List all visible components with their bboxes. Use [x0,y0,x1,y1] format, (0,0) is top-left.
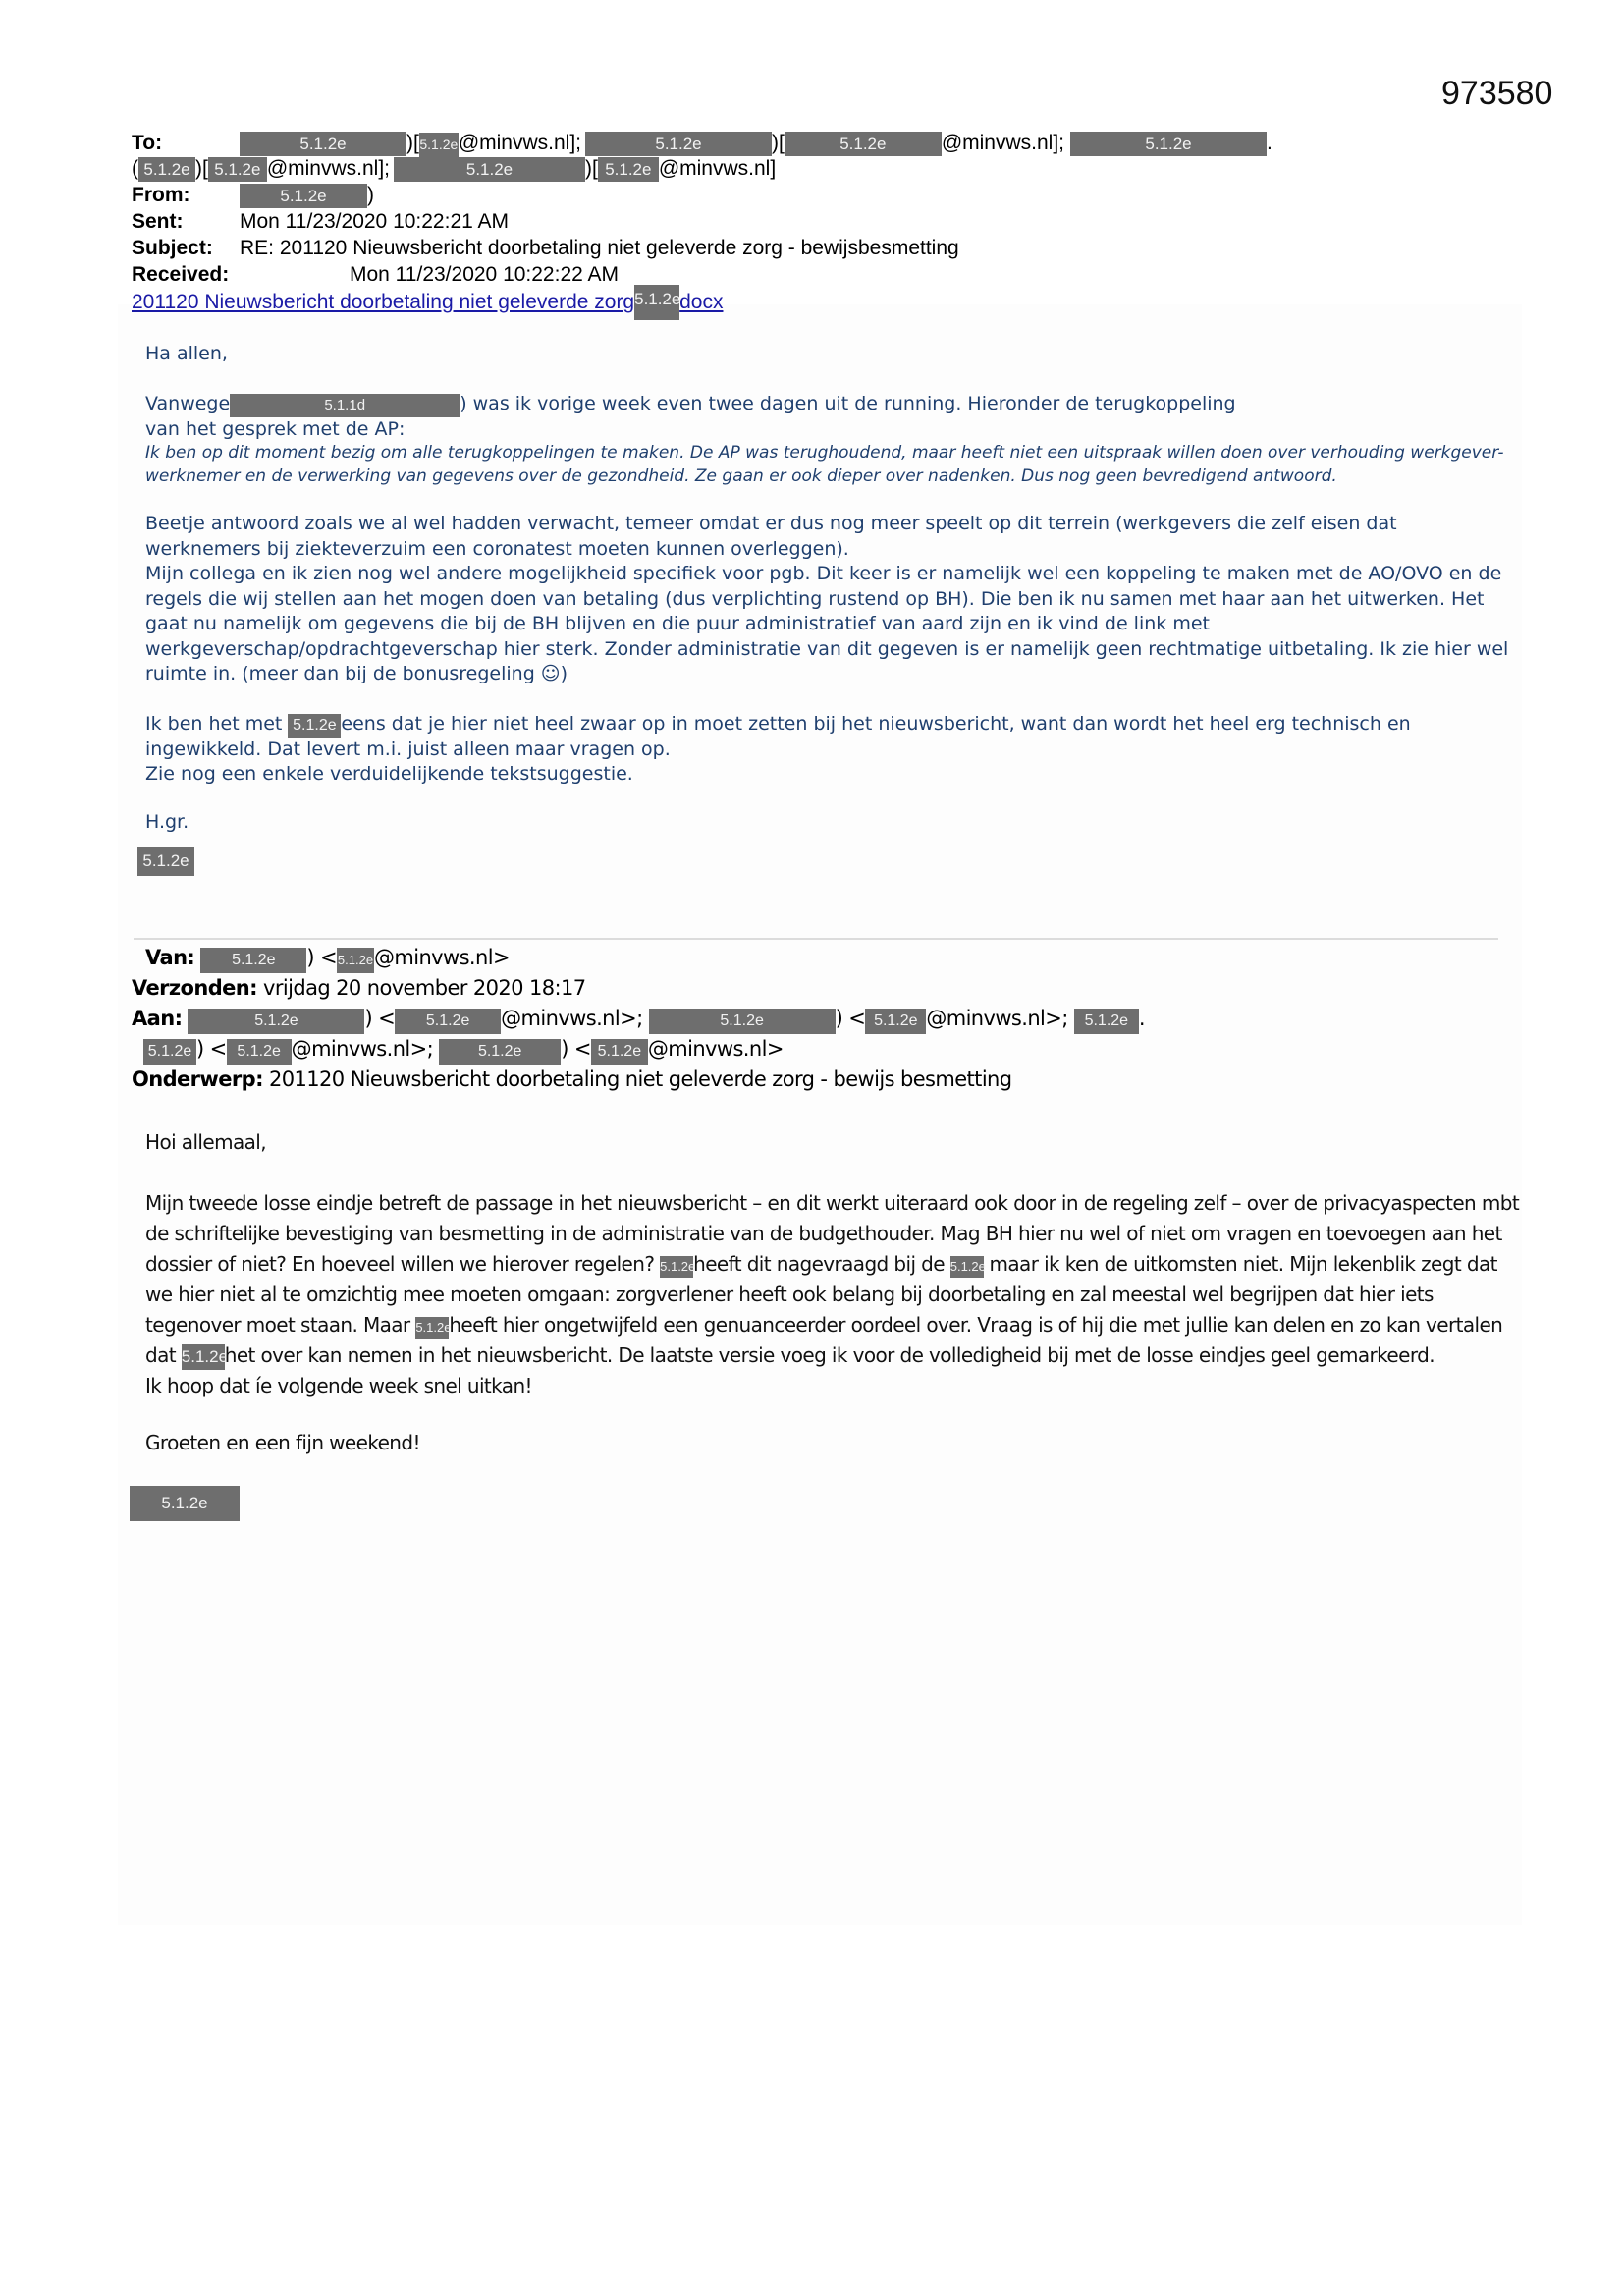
van-line: Van: 5.1.2e) <5.1.2e@minvws.nl> [145,945,510,973]
text: het over kan nemen in het nieuwsbericht.… [225,1343,1435,1367]
redaction: 5.1.2e [591,1039,648,1065]
punct: ) < [196,1037,227,1061]
paragraph: Beetje antwoord zoals we al wel hadden v… [145,512,1510,562]
subject-value: RE: 201120 Nieuwsbericht doorbetaling ni… [240,237,959,259]
punct: )[ [585,157,598,180]
text: heeft dit nagevraagd bij de [693,1252,945,1276]
redaction: 5.1.2e [394,157,585,182]
redaction: 5.1.2e [138,157,195,182]
redaction: 5.1.2e [208,157,267,182]
to-line-continued: (5.1.2e)[5.1.2e@minvws.nl];5.1.2e)[5.1.2… [132,156,776,182]
email-domain: @minvws.nl> [374,946,510,969]
aan-line: Aan: 5.1.2e) <5.1.2e@minvws.nl>; 5.1.2e)… [132,1006,1145,1034]
punct: ) < [306,946,337,969]
verzonden-label: Verzonden: [132,976,257,1000]
redaction: 5.1.2e [660,1256,693,1278]
redaction: 5.1.2e [1074,1009,1139,1034]
closing: Groeten en een fijn weekend! [145,1432,1520,1453]
attachment-name[interactable]: 201120 Nieuwsbericht doorbetaling niet g… [132,291,634,313]
subject-label: Subject: [132,236,240,261]
text: Zie nog een enkele verduidelijkende teks… [145,763,633,785]
email-domain: @minvws.nl>; [926,1007,1067,1030]
sent-value: Mon 11/23/2020 10:22:21 AM [240,210,509,233]
paragraph: Ik hoop dat íe volgende week snel uitkan… [145,1371,1520,1401]
redaction: 5.1.2e [419,133,459,157]
redaction: 5.1.2e [598,157,659,182]
subject-line: Subject:RE: 201120 Nieuwsbericht doorbet… [132,236,959,261]
email-domain: @minvws.nl>; [501,1007,642,1030]
punct: ) < [836,1007,866,1030]
redaction: 5.1.2e [649,1009,836,1034]
forwarded-message-body: Hoi allemaal, Mijn tweede losse eindje b… [145,1127,1520,1453]
from-label: From: [132,183,240,208]
paragraph: Vanwege5.1.1d) was ik vorige week even t… [145,392,1510,443]
redaction: 5.1.2e [240,184,367,208]
text: ) was ik vorige week even twee dagen uit… [460,393,1235,414]
redaction: 5.1.2e [337,948,374,973]
redaction: 5.1.2e [143,1039,196,1065]
redaction: 5.1.2e [785,132,942,156]
document-id: 973580 [1441,75,1552,113]
redaction: 5.1.2e [865,1009,926,1034]
verzonden-line: Verzonden: vrijdag 20 november 2020 18:1… [132,975,586,1002]
text: Vanwege [145,393,230,414]
redaction: 5.1.2e [130,1486,240,1521]
attachment-ext[interactable]: docx [679,291,723,313]
text: Ik ben het met [145,713,282,735]
redaction: 5.1.2e [415,1317,449,1339]
attachment-link[interactable]: 201120 Nieuwsbericht doorbetaling niet g… [132,291,723,320]
redaction: 5.1.2e [585,132,772,156]
greeting: Ha allen, [145,342,1510,367]
redaction: 5.1.2e [634,285,679,320]
signature-top: 5.1.2e [137,847,194,876]
received-line: Received:Mon 11/23/2020 10:22:22 AM [132,262,619,288]
verzonden-value: vrijdag 20 november 2020 18:17 [263,976,586,1000]
redaction: 5.1.2e [288,714,341,738]
email-domain: @minvws.nl>; [292,1037,433,1061]
paragraph: Mijn tweede losse eindje betreft de pass… [145,1188,1520,1371]
received-label: Received: [132,262,350,288]
paragraph: Mijn collega en ik zien nog wel andere m… [145,562,1510,687]
quoted-feedback: Ik ben op dit moment bezig om alle terug… [145,442,1510,488]
aan-label: Aan: [132,1007,182,1030]
redaction: 5.1.2e [137,847,194,876]
sent-line: Sent:Mon 11/23/2020 10:22:21 AM [132,209,509,235]
email-domain: @minvws.nl] [659,157,776,180]
top-message-body: Ha allen, Vanwege5.1.1d) was ik vorige w… [145,342,1510,832]
received-value: Mon 11/23/2020 10:22:22 AM [350,263,619,286]
onderwerp-value: 201120 Nieuwsbericht doorbetaling niet g… [269,1067,1012,1091]
redaction: 5.1.2e [1070,132,1267,156]
redaction: 5.1.2e [188,1009,364,1034]
van-label: Van: [145,946,194,969]
from-line: From:5.1.2e) [132,183,374,208]
punct: ) < [364,1007,395,1030]
onderwerp-line: Onderwerp: 201120 Nieuwsbericht doorbeta… [132,1066,1012,1093]
email-domain: @minvws.nl]; [459,132,581,154]
punct: )[ [195,157,208,180]
redaction: 5.1.2e [395,1009,501,1034]
greeting: Hoi allemaal, [145,1127,1520,1158]
to-label: To: [132,131,240,156]
redaction: 5.1.2e [227,1039,292,1065]
redaction: 5.1.2e [950,1256,984,1278]
punct: ) [367,184,374,206]
text: van het gesprek met de AP: [145,418,405,440]
paragraph: Ik ben het met 5.1.2eeens dat je hier ni… [145,712,1510,788]
to-line: To:5.1.2e)[5.1.2e@minvws.nl];5.1.2e)[5.1… [132,131,1272,157]
onderwerp-label: Onderwerp: [132,1067,263,1091]
redaction: 5.1.1d [230,394,460,417]
punct: . [1267,132,1272,154]
redaction: 5.1.2e [200,948,306,973]
punct: ) < [561,1037,591,1061]
sent-label: Sent: [132,209,240,235]
email-domain: @minvws.nl]; [942,132,1064,154]
punct: )[ [772,132,785,154]
punct: )[ [406,132,419,154]
redaction: 5.1.2e [240,132,406,156]
punct: ( [132,157,138,180]
aan-line-continued: 5.1.2e) <5.1.2e@minvws.nl>; 5.1.2e) <5.1… [143,1036,784,1065]
signature-forwarded: 5.1.2e [130,1486,240,1521]
email-domain: @minvws.nl]; [267,157,390,180]
closing: H.gr. [145,812,1510,832]
punct: . [1139,1007,1145,1030]
email-domain: @minvws.nl> [648,1037,784,1061]
redaction: 5.1.2e [182,1344,225,1370]
message-separator [134,938,1498,940]
redaction: 5.1.2e [439,1039,561,1065]
